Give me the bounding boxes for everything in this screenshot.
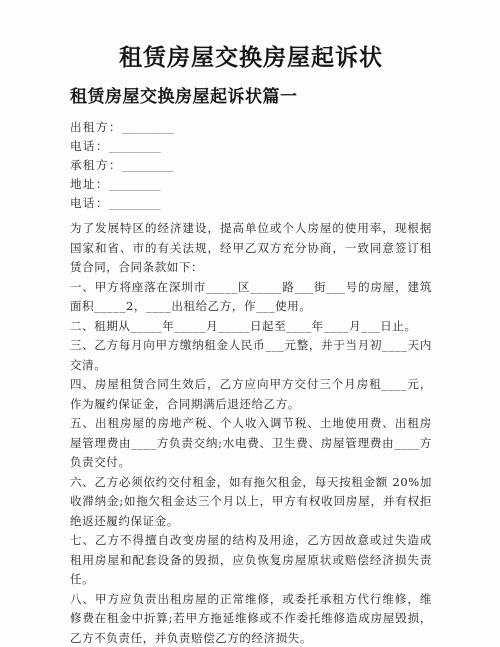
paragraph-intro: 为了发展特区的经济建设，提高单位或个人房屋的使用率，现根据国家和省、市的有关法规… xyxy=(70,219,432,278)
field-lessee: 承租方：_________ xyxy=(70,156,432,175)
field-phone-1-label: 电话： xyxy=(70,139,109,153)
field-lessor-label: 出租方： xyxy=(70,120,122,134)
paragraph-clause-2: 二、租期从_____年_____月_____日起至____年____月___日止… xyxy=(70,317,432,337)
blank-line: _________ xyxy=(109,196,161,210)
section-heading: 租赁房屋交换房屋起诉状篇一 xyxy=(70,86,432,108)
paragraph-clause-8: 八、甲方应负责出租房屋的正常维修，或委托承租方代行维修，维修费在租金中折算;若甲… xyxy=(70,590,432,647)
field-lessee-label: 承租方： xyxy=(70,158,122,172)
blank-line: _________ xyxy=(109,139,161,153)
paragraph-clause-6: 六、乙方必须依约交付租金，如有拖欠租金，每天按租金额 20%加收滞纳金;如拖欠租… xyxy=(70,473,432,532)
field-phone-2: 电话：_________ xyxy=(70,194,432,213)
document-title: 租赁房屋交换房屋起诉状 xyxy=(70,42,432,73)
field-address: 地址：_________ xyxy=(70,175,432,194)
field-phone-1: 电话：_________ xyxy=(70,137,432,156)
document-body: 为了发展特区的经济建设，提高单位或个人房屋的使用率，现根据国家和省、市的有关法规… xyxy=(70,219,432,647)
paragraph-clause-1: 一、甲方将座落在深圳市_____区_____路___街___号的房屋，建筑面积_… xyxy=(70,278,432,317)
paragraph-clause-5: 五、出租房屋的房地产税、个人收入调节税、土地使用费、出租房屋管理费由____方负… xyxy=(70,414,432,473)
paragraph-clause-7: 七、乙方不得擅自改变房屋的结构及用途，乙方因故意或过失造成租用房屋和配套设备的毁… xyxy=(70,531,432,590)
blank-line: _________ xyxy=(109,177,161,191)
field-address-label: 地址： xyxy=(70,177,109,191)
field-lessor: 出租方：_________ xyxy=(70,118,432,137)
document-page: 租赁房屋交换房屋起诉状 租赁房屋交换房屋起诉状篇一 出租方：_________ … xyxy=(0,0,500,647)
field-phone-2-label: 电话： xyxy=(70,196,109,210)
party-fields: 出租方：_________ 电话：_________ 承租方：_________… xyxy=(70,118,432,213)
blank-line: _________ xyxy=(122,158,174,172)
paragraph-clause-3: 三、乙方每月向甲方缴纳租金人民币___元整，并于当月初____天内交清。 xyxy=(70,336,432,375)
blank-line: _________ xyxy=(122,120,174,134)
paragraph-clause-4: 四、房屋租赁合同生效后，乙方应向甲方交付三个月房租____元，作为履约保证金，合… xyxy=(70,375,432,414)
